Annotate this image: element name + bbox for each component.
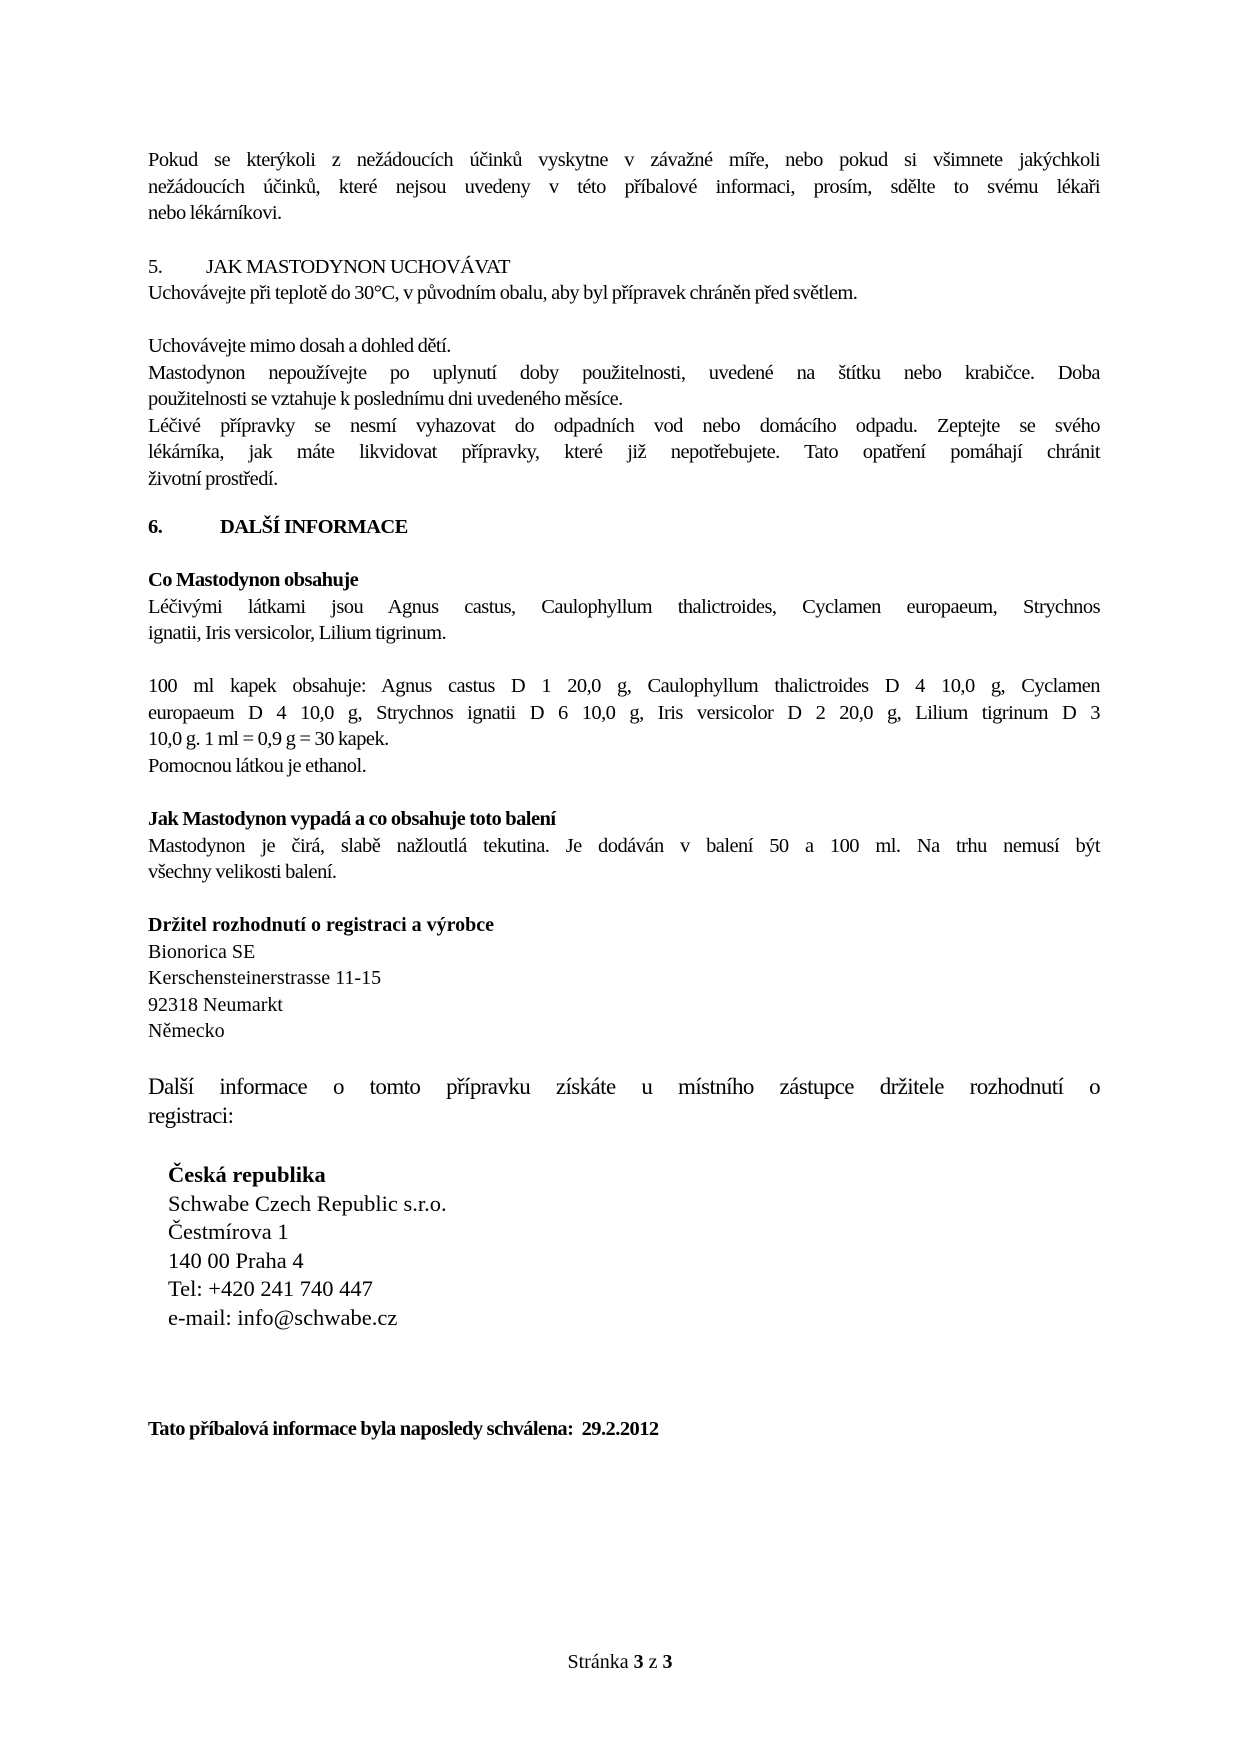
contact-phone: Tel: +420 241 740 447 [168, 1275, 1120, 1304]
contact-email[interactable]: e-mail: info@schwabe.cz [168, 1304, 1120, 1333]
text-line: Léčivé přípravky se nesmí vyhazovat do o… [148, 413, 1100, 440]
page-word: Stránka [568, 1651, 629, 1673]
section-number: 6. [148, 514, 220, 541]
storage-paragraph: Uchovávejte mimo dosah a dohled dětí. Ma… [148, 333, 1100, 492]
address-line: Bionorica SE [148, 939, 1100, 966]
total-pages: 3 [662, 1651, 672, 1673]
text-line: Uchovávejte mimo dosah a dohled dětí. [148, 333, 1100, 360]
text-line: všechny velikosti balení. [148, 859, 1100, 886]
current-page: 3 [634, 1651, 644, 1673]
country-heading: Česká republika [168, 1161, 1120, 1190]
approval-label: Tato příbalová informace byla naposledy … [148, 1418, 573, 1440]
storage-line: Uchovávejte při teplotě do 30°C, v původ… [148, 280, 1100, 307]
text-line: nežádoucích účinků, které nejsou uvedeny… [148, 174, 1100, 201]
section-6-heading: 6.DALŠÍ INFORMACE [148, 514, 1100, 541]
text-line: použitelnosti se vztahuje k poslednímu d… [148, 386, 1100, 413]
text-line: Pokud se kterýkoli z nežádoucích účinků … [148, 147, 1100, 174]
subsection-heading: Držitel rozhodnutí o registraci a výrobc… [148, 912, 1100, 939]
text-line: Uchovávejte při teplotě do 30°C, v původ… [148, 280, 1100, 307]
composition-paragraph: 100 ml kapek obsahuje: Agnus castus D 1 … [148, 673, 1100, 779]
section-title: JAK MASTODYNON UCHOVÁVAT [206, 256, 510, 278]
text-line: Mastodynon je čirá, slabě nažloutlá teku… [148, 833, 1100, 860]
appearance-section: Jak Mastodynon vypadá a co obsahuje toto… [148, 806, 1100, 886]
contact-street: Čestmírova 1 [168, 1218, 1120, 1247]
address-line: Německo [148, 1018, 1100, 1045]
text-line: Léčivými látkami jsou Agnus castus, Caul… [148, 594, 1100, 621]
text-line: 10,0 g. 1 ml = 0,9 g = 30 kapek. [148, 726, 1100, 753]
page-footer: Stránka 3 z 3 [0, 1651, 1240, 1674]
subsection-heading: Co Mastodynon obsahuje [148, 567, 1100, 594]
address-line: 92318 Neumarkt [148, 992, 1100, 1019]
text-line: ignatii, Iris versicolor, Lilium tigrinu… [148, 620, 1100, 647]
text-line: Mastodynon nepoužívejte po uplynutí doby… [148, 360, 1100, 387]
text-line: nebo lékárníkovi. [148, 200, 1100, 227]
document-page: Pokud se kterýkoli z nežádoucích účinků … [0, 0, 1240, 1754]
section-5-heading: 5.JAK MASTODYNON UCHOVÁVAT [148, 254, 1100, 281]
holder-section: Držitel rozhodnutí o registraci a výrobc… [148, 912, 1100, 1045]
text-line: Pomocnou látkou je ethanol. [148, 753, 1100, 780]
text-line: lékárníka, jak máte likvidovat přípravky… [148, 439, 1100, 466]
contact-company: Schwabe Czech Republic s.r.o. [168, 1190, 1120, 1219]
approval-date: 29.2.2012 [582, 1418, 659, 1440]
of-word: z [649, 1651, 658, 1673]
contents-section: Co Mastodynon obsahuje Léčivými látkami … [148, 567, 1100, 647]
local-rep-contact: Česká republika Schwabe Czech Republic s… [168, 1161, 1120, 1332]
contact-city: 140 00 Praha 4 [168, 1247, 1120, 1276]
text-line: 100 ml kapek obsahuje: Agnus castus D 1 … [148, 673, 1100, 700]
text-line: registraci: [148, 1101, 1100, 1130]
local-rep-intro: Další informace o tomto přípravku získát… [148, 1072, 1100, 1130]
approval-statement: Tato příbalová informace byla naposledy … [148, 1416, 1100, 1443]
intro-paragraph: Pokud se kterýkoli z nežádoucích účinků … [148, 147, 1100, 227]
text-line: europaeum D 4 10,0 g, Strychnos ignatii … [148, 700, 1100, 727]
subsection-heading: Jak Mastodynon vypadá a co obsahuje toto… [148, 806, 1100, 833]
text-line: Další informace o tomto přípravku získát… [148, 1072, 1100, 1101]
section-title: DALŠÍ INFORMACE [220, 516, 408, 538]
address-line: Kerschensteinerstrasse 11-15 [148, 965, 1100, 992]
text-line: životní prostředí. [148, 466, 1100, 493]
section-number: 5. [148, 254, 206, 281]
